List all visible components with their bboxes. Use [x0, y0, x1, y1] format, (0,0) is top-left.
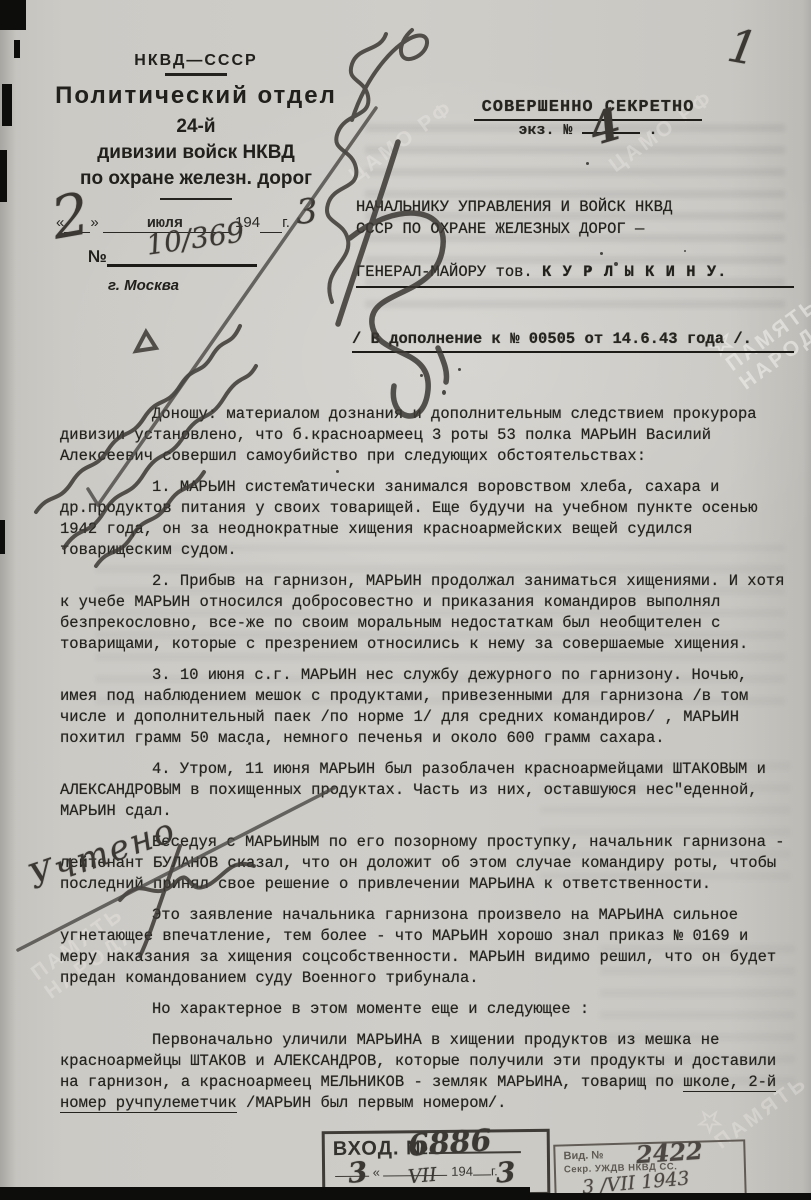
incoming-stamp-quote: « [373, 1165, 380, 1180]
incoming-stamp: ВХОД. № « 194г. [322, 1129, 551, 1197]
incoming-stamp-label: ВХОД. № [333, 1137, 430, 1160]
paragraph-intro: Доношу: материалом дознания и дополнител… [60, 404, 786, 467]
paragraph-final: Первоначально уличили МАРЬИНА в хищении … [60, 1030, 786, 1114]
letterhead-org: НКВД—СССР [48, 52, 344, 70]
paragraph-7: Но характерное в этом моменте еще и след… [60, 999, 786, 1020]
incoming-stamp-year: 194 [451, 1164, 473, 1179]
letterhead-division-number: 24-й [48, 116, 344, 138]
ink-speck [586, 162, 589, 165]
date-year-printed: 194 [235, 214, 260, 231]
paragraph-6: Это заявление начальника гарнизона произ… [60, 905, 786, 989]
secretariat-stamp: Вид. № Секр. УЖДВ НКВД СС. [553, 1139, 747, 1200]
letterhead-department: Политический отдел [48, 82, 344, 110]
document-body: Доношу: материалом дознания и дополнител… [60, 404, 786, 1124]
letterhead-date-line: «» июля 194г. [48, 214, 344, 233]
number-label: № [88, 247, 107, 266]
date-year-suffix: г. [282, 214, 290, 231]
letterhead-rule [160, 198, 232, 200]
scan-edge-mark [2, 84, 12, 126]
date-quote-open: « [56, 214, 64, 231]
copy-number-line: экз. № . [518, 122, 657, 139]
date-month: июля [129, 215, 201, 233]
addressee-line1: НАЧАЛЬНИКУ УПРАВЛЕНИЯ И ВОЙСК НКВД [356, 196, 794, 218]
ink-speck [420, 374, 423, 377]
scan-edge-mark [0, 0, 26, 30]
scan-edge-mark [0, 150, 7, 202]
classification-block: СОВЕРШЕННО СЕКРЕТНО экз. № . [438, 98, 738, 139]
scanned-document-page: ЦАМО РФ ЦАМО РФ ☆ ПАМЯТЬ НАРОДА ПАМЯТЬ Н… [0, 0, 811, 1200]
addressee-line3: ГЕНЕРАЛ-МАЙОРУ тов. К У Р Л Ы К И Н У. [356, 261, 794, 288]
copy-dot: . [649, 122, 658, 139]
addressee-block: НАЧАЛЬНИКУ УПРАВЛЕНИЯ И ВОЙСК НКВД СССР … [356, 196, 794, 288]
paragraph-5: Беседуя с МАРЬИНЫМ по его позорному прос… [60, 832, 786, 895]
page-number-handwritten: 1 [724, 18, 762, 76]
paragraph-4: 4. Утром, 11 июня МАРЬИН был разоблачен … [60, 759, 786, 822]
letterhead-division-line1: дивизии войск НКВД [48, 142, 344, 164]
incoming-stamp-year-suffix: г. [491, 1163, 498, 1178]
ink-speck [458, 368, 461, 371]
final-pre: Первоначально уличили МАРЬИНА в хищении … [60, 1031, 776, 1091]
letterhead-number-line: № [48, 247, 344, 267]
addressee-name: К У Р Л Ы К И Н У. [542, 263, 727, 281]
letterhead-city: г. Москва [48, 277, 344, 294]
addressee-line2: СССР ПО ОХРАНЕ ЖЕЛЕЗНЫХ ДОРОГ — [356, 218, 794, 240]
final-post: /МАРЬИН был первым номером/. [237, 1094, 507, 1112]
paragraph-2: 2. Прибыв на гарнизон, МАРЬИН продолжал … [60, 571, 786, 655]
letterhead-rule [165, 73, 227, 76]
reference-line: / В дополнение к № 00505 от 14.6.43 года… [352, 330, 794, 353]
copy-label: экз. № [518, 122, 572, 139]
addressee-rank: ГЕНЕРАЛ-МАЙОРУ тов. [356, 263, 533, 281]
copy-number-blank [582, 122, 640, 134]
watermark-line2: НАРОДА [735, 312, 811, 394]
secrecy-marking: СОВЕРШЕННО СЕКРЕТНО [474, 98, 703, 121]
letterhead-division-line2: по охране железн. дорог [48, 168, 344, 190]
letterhead: НКВД—СССР Политический отдел 24-й дивизи… [48, 52, 344, 294]
paragraph-1: 1. МАРЬИН систематически занимался воров… [60, 477, 786, 561]
ink-speck [442, 390, 446, 395]
date-quote-close: » [90, 214, 98, 231]
paragraph-3: 3. 10 июня с.г. МАРЬИН нес службу дежурн… [60, 665, 786, 749]
scan-edge-mark [14, 40, 20, 58]
scan-edge-mark [0, 520, 5, 554]
